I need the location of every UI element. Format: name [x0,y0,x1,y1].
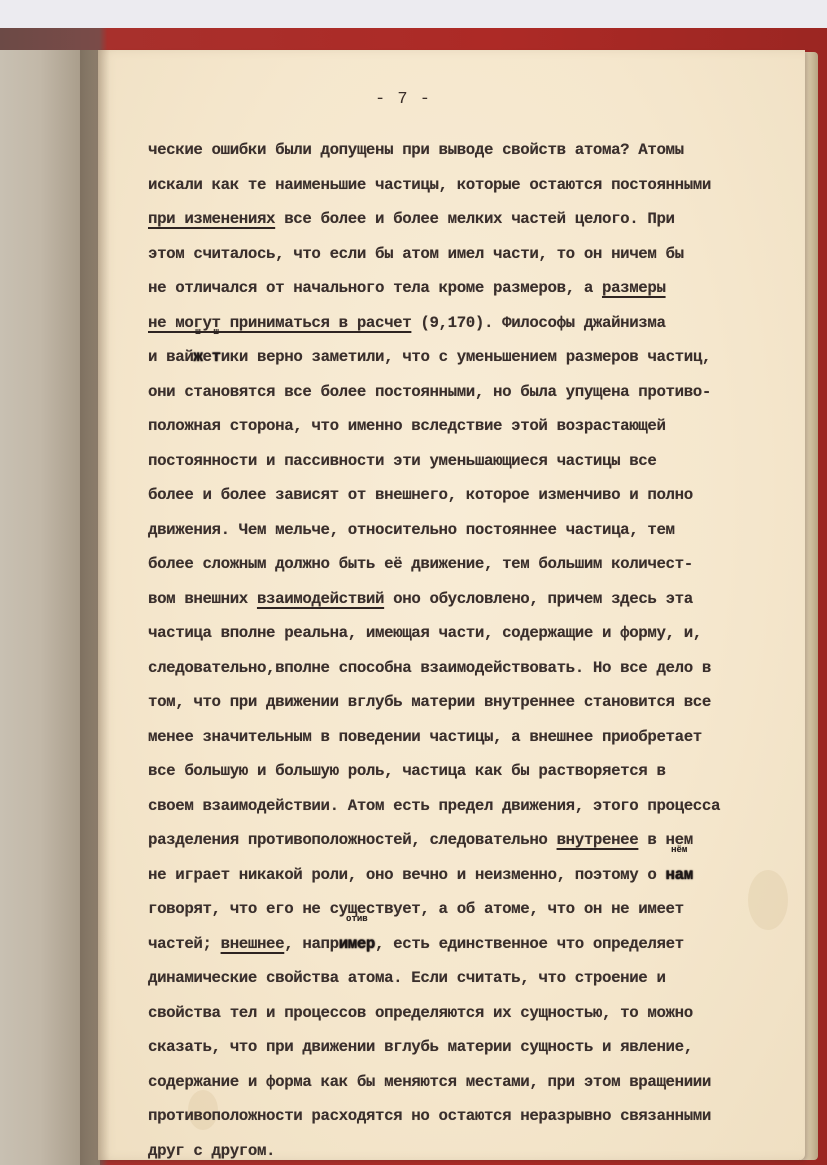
body-text: ческие ошибки были допущены при выводе с… [148,133,808,1165]
underlined-phrase: внутренее [557,831,639,849]
text-run: более сложным должно быть её движение, т… [148,555,693,573]
text-run: вом внешних [148,590,257,608]
text-run: том, что при движении вглубь материи вну… [148,693,711,711]
text-run: имер [339,935,375,953]
text-line: динамические свойства атома. Если считат… [148,961,808,996]
text-line: частей; внешнее, напротивимер, есть един… [148,927,808,962]
text-run: , напр [284,935,338,953]
text-line: сказать, что при движении вглубь материи… [148,1030,808,1065]
text-line: искали как те наименьшие частицы, которы… [148,168,808,203]
text-run: искали как те наименьшие частицы, которы… [148,176,711,194]
text-run: говорят, что его не существует, а об ато… [148,900,684,918]
text-run: ж [193,348,202,366]
text-run: частица вполне реальна, имеющая части, с… [148,624,702,642]
text-run: динамические свойства атома. Если считат… [148,969,666,987]
underlined-phrase: при изменениях [148,210,275,228]
text-line: ческие ошибки были допущены при выводе с… [148,133,808,168]
page-number: - 7 - [98,90,708,109]
correction-annotation: нём [671,846,687,855]
text-line: менее значительным в поведении частицы, … [148,720,808,755]
text-run: оно обусловлено, причем здесь эта [384,590,693,608]
text-run: следовательно,вполне способна взаимодейс… [148,659,711,677]
text-run: друг с другом. [148,1142,275,1160]
text-line: свойства тел и процессов определяются их… [148,996,808,1031]
text-run: частей; [148,935,221,953]
correction-annotation: ш [195,328,200,337]
text-run: е [203,348,212,366]
text-run: разделения противоположностей, следовате… [148,831,557,849]
text-run: противоположности расходятся но остаются… [148,1107,711,1125]
underlined-phrase: размеры [602,279,666,297]
typewritten-page: - 7 - ческие ошибки были допущены при вы… [98,50,805,1160]
text-run: нам [666,866,693,884]
handwritten-correction: шт [212,340,221,375]
text-run: все большую и большую роль, частица как … [148,762,666,780]
text-run: менее значительным в поведении частицы, … [148,728,702,746]
text-line: говорят, что его не существует, а об ато… [148,892,808,927]
text-run: этом считалось, что если бы атом имел ча… [148,245,684,263]
text-line: противоположности расходятся но остаются… [148,1099,808,1134]
correction-annotation: ш [213,328,218,337]
text-line: разделения противоположностей, следовате… [148,823,808,858]
text-run: положная сторона, что именно вследствие … [148,417,666,435]
text-run: т [212,348,221,366]
handwritten-correction: шж [193,340,202,375]
text-line: при изменениях все более и более мелких … [148,202,808,237]
text-line: более и более зависят от внешнего, котор… [148,478,808,513]
text-line: вом внешних взаимодействий оно обусловле… [148,582,808,617]
text-line: не играет никакой роли, оно вечно и неиз… [148,858,808,893]
text-run: не играет никакой роли, оно вечно и неиз… [148,866,666,884]
text-line: все большую и большую роль, частица как … [148,754,808,789]
text-run: движения. Чем мельче, относительно посто… [148,521,675,539]
text-run: более и более зависят от внешнего, котор… [148,486,693,504]
correction-annotation: отив [346,915,368,924]
text-run: сказать, что при движении вглубь материи… [148,1038,693,1056]
text-line: и вайшжештики верно заметили, что с умен… [148,340,808,375]
text-line: положная сторона, что именно вследствие … [148,409,808,444]
handwritten-correction: нёмнам [666,858,693,893]
text-run: постоянности и пассивности эти уменьшающ… [148,452,656,470]
text-run: и вай [148,348,193,366]
text-line: том, что при движении вглубь материи вну… [148,685,808,720]
underlined-phrase: взаимодействий [257,590,384,608]
text-line: содержание и форма как бы меняются места… [148,1065,808,1100]
text-run: своем взаимодействии. Атом есть предел д… [148,797,720,815]
text-line: следовательно,вполне способна взаимодейс… [148,651,808,686]
text-run: ики верно заметили, что с уменьшением ра… [221,348,711,366]
text-line: своем взаимодействии. Атом есть предел д… [148,789,808,824]
text-run: они становятся все более постоянными, но… [148,383,711,401]
text-run: , есть единственное что определяет [375,935,684,953]
underlined-phrase: внешнее [221,935,285,953]
text-line: частица вполне реальна, имеющая части, с… [148,616,808,651]
spine-shadow [80,50,110,1165]
text-line: они становятся все более постоянными, но… [148,375,808,410]
text-line: не могут приниматься в расчет (9,170). Ф… [148,306,808,341]
text-line: не отличался от начального тела кроме ра… [148,271,808,306]
text-run: все более и более мелких частей целого. … [275,210,675,228]
handwritten-correction: отивимер [339,927,375,962]
text-line: более сложным должно быть её движение, т… [148,547,808,582]
text-run: свойства тел и процессов определяются их… [148,1004,693,1022]
text-run: (9,170). Философы джайнизма [411,314,665,332]
text-line: этом считалось, что если бы атом имел ча… [148,237,808,272]
text-run: ческие ошибки были допущены при выводе с… [148,141,684,159]
text-run: содержание и форма как бы меняются места… [148,1073,711,1091]
text-line: друг с другом. [148,1134,808,1165]
text-run: не отличался от начального тела кроме ра… [148,279,602,297]
text-line: движения. Чем мельче, относительно посто… [148,513,808,548]
underlined-phrase: не могут приниматься в расчет [148,314,411,332]
text-line: постоянности и пассивности эти уменьшающ… [148,444,808,479]
